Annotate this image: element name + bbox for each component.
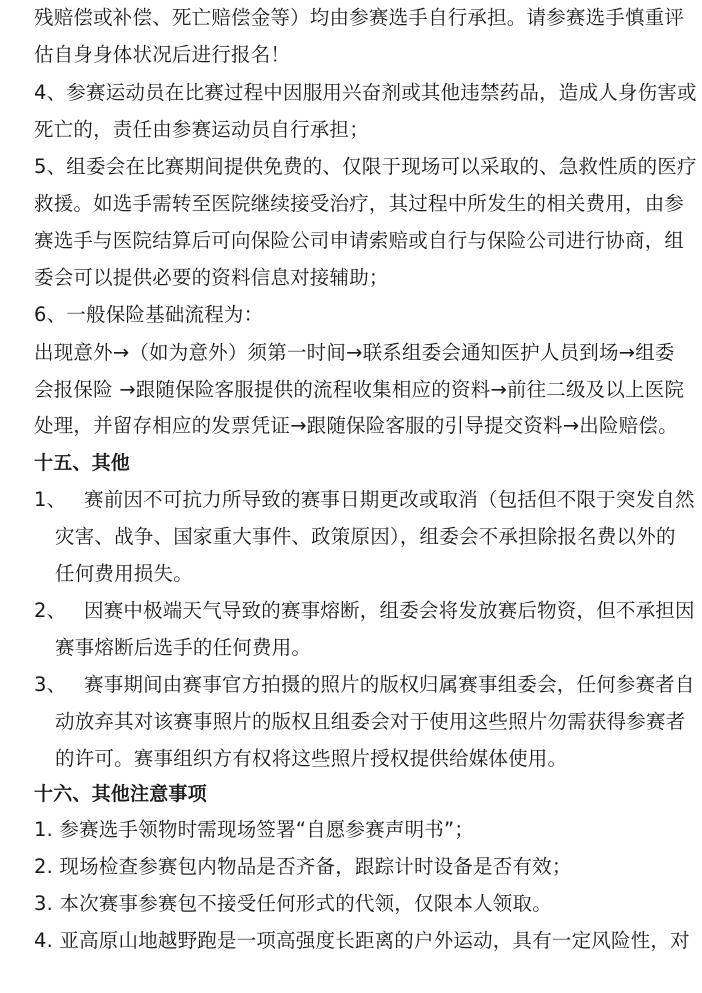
paragraph-line: 死亡的，责任由参赛运动员自行承担； (34, 117, 369, 143)
paragraph-line: 会报保险 →跟随保险客服提供的流程收集相应的资料→前往二级及以上医院 (34, 377, 684, 403)
list-item-5: 5、组委会在比赛期间提供免费的、仅限于现场可以采取的、急救性质的医疗 (34, 154, 697, 180)
paragraph-line: 任何费用损失。 (55, 561, 193, 587)
list-item-4: 4、参赛运动员在比赛过程中因服用兴奋剂或其他违禁药品，造成人身伤害或 (34, 80, 697, 106)
section16-item-2: 2. 现场检查参赛包内物品是否齐备，跟踪计时设备是否有效； (34, 854, 572, 880)
item-number: 3、 (34, 672, 84, 698)
section16-item-3: 3. 本次赛事参赛包不接受任何形式的代领，仅限本人领取。 (34, 891, 552, 917)
paragraph-line: 动放弃其对该赛事照片的版权且组委会对于使用这些照片勿需获得参赛者 (55, 709, 685, 735)
paragraph-line: 的许可。赛事组织方有权将这些照片授权提供给媒体使用。 (55, 746, 567, 772)
list-item-6: 6、一般保险基础流程为： (34, 302, 263, 328)
section-heading-16: 十六、其他注意事项 (34, 781, 207, 807)
document-page: 残赔偿或补偿、死亡赔偿金等）均由参赛选手自行承担。请参赛选手慎重评 估自身身体状… (0, 0, 702, 993)
item-text: 赛事期间由赛事官方拍摄的照片的版权归属赛事组委会，任何参赛者自 (84, 673, 695, 696)
section15-item-3: 3、赛事期间由赛事官方拍摄的照片的版权归属赛事组委会，任何参赛者自 (34, 672, 695, 698)
paragraph-line: 灾害、战争、国家重大事件、政策原因），组委会不承担除报名费以外的 (55, 524, 676, 550)
item-text: 因赛中极端天气导致的赛事熔断，组委会将发放赛后物资，但不承担因 (84, 599, 695, 622)
paragraph-line: 残赔偿或补偿、死亡赔偿金等）均由参赛选手自行承担。请参赛选手慎重评 (34, 5, 684, 31)
paragraph-line: 委会可以提供必要的资料信息对接辅助； (34, 265, 389, 291)
item-text: 赛前因不可抗力所导致的赛事日期更改或取消（包括但不限于突发自然 (84, 488, 695, 511)
section-heading-15: 十五、其他 (34, 450, 130, 476)
section15-item-1: 1、赛前因不可抗力所导致的赛事日期更改或取消（包括但不限于突发自然 (34, 487, 695, 513)
paragraph-line: 赛事熔断后选手的任何费用。 (55, 635, 311, 661)
section16-item-4: 4. 亚高原山地越野跑是一项高强度长距离的户外运动，具有一定风险性，对 (34, 928, 690, 954)
paragraph-line: 处理，并留存相应的发票凭证→跟随保险客服的引导提交资料→出险赔偿。 (34, 413, 678, 439)
item-number: 2、 (34, 598, 84, 624)
item-number: 1、 (34, 487, 84, 513)
section16-item-1: 1. 参赛选手领物时需现场签署“自愿参赛声明书”； (34, 817, 474, 843)
paragraph-line: 赛选手与医院结算后可向保险公司申请索赔或自行与保险公司进行协商，组 (34, 228, 684, 254)
paragraph-line: 出现意外→（如为意外）须第一时间→联系组委会通知医护人员到场→组委 (34, 340, 675, 366)
paragraph-line: 救援。如选手需转至医院继续接受治疗，其过程中所发生的相关费用，由参 (34, 191, 684, 217)
paragraph-line: 估自身身体状况后进行报名！ (34, 42, 290, 68)
section15-item-2: 2、因赛中极端天气导致的赛事熔断，组委会将发放赛后物资，但不承担因 (34, 598, 695, 624)
